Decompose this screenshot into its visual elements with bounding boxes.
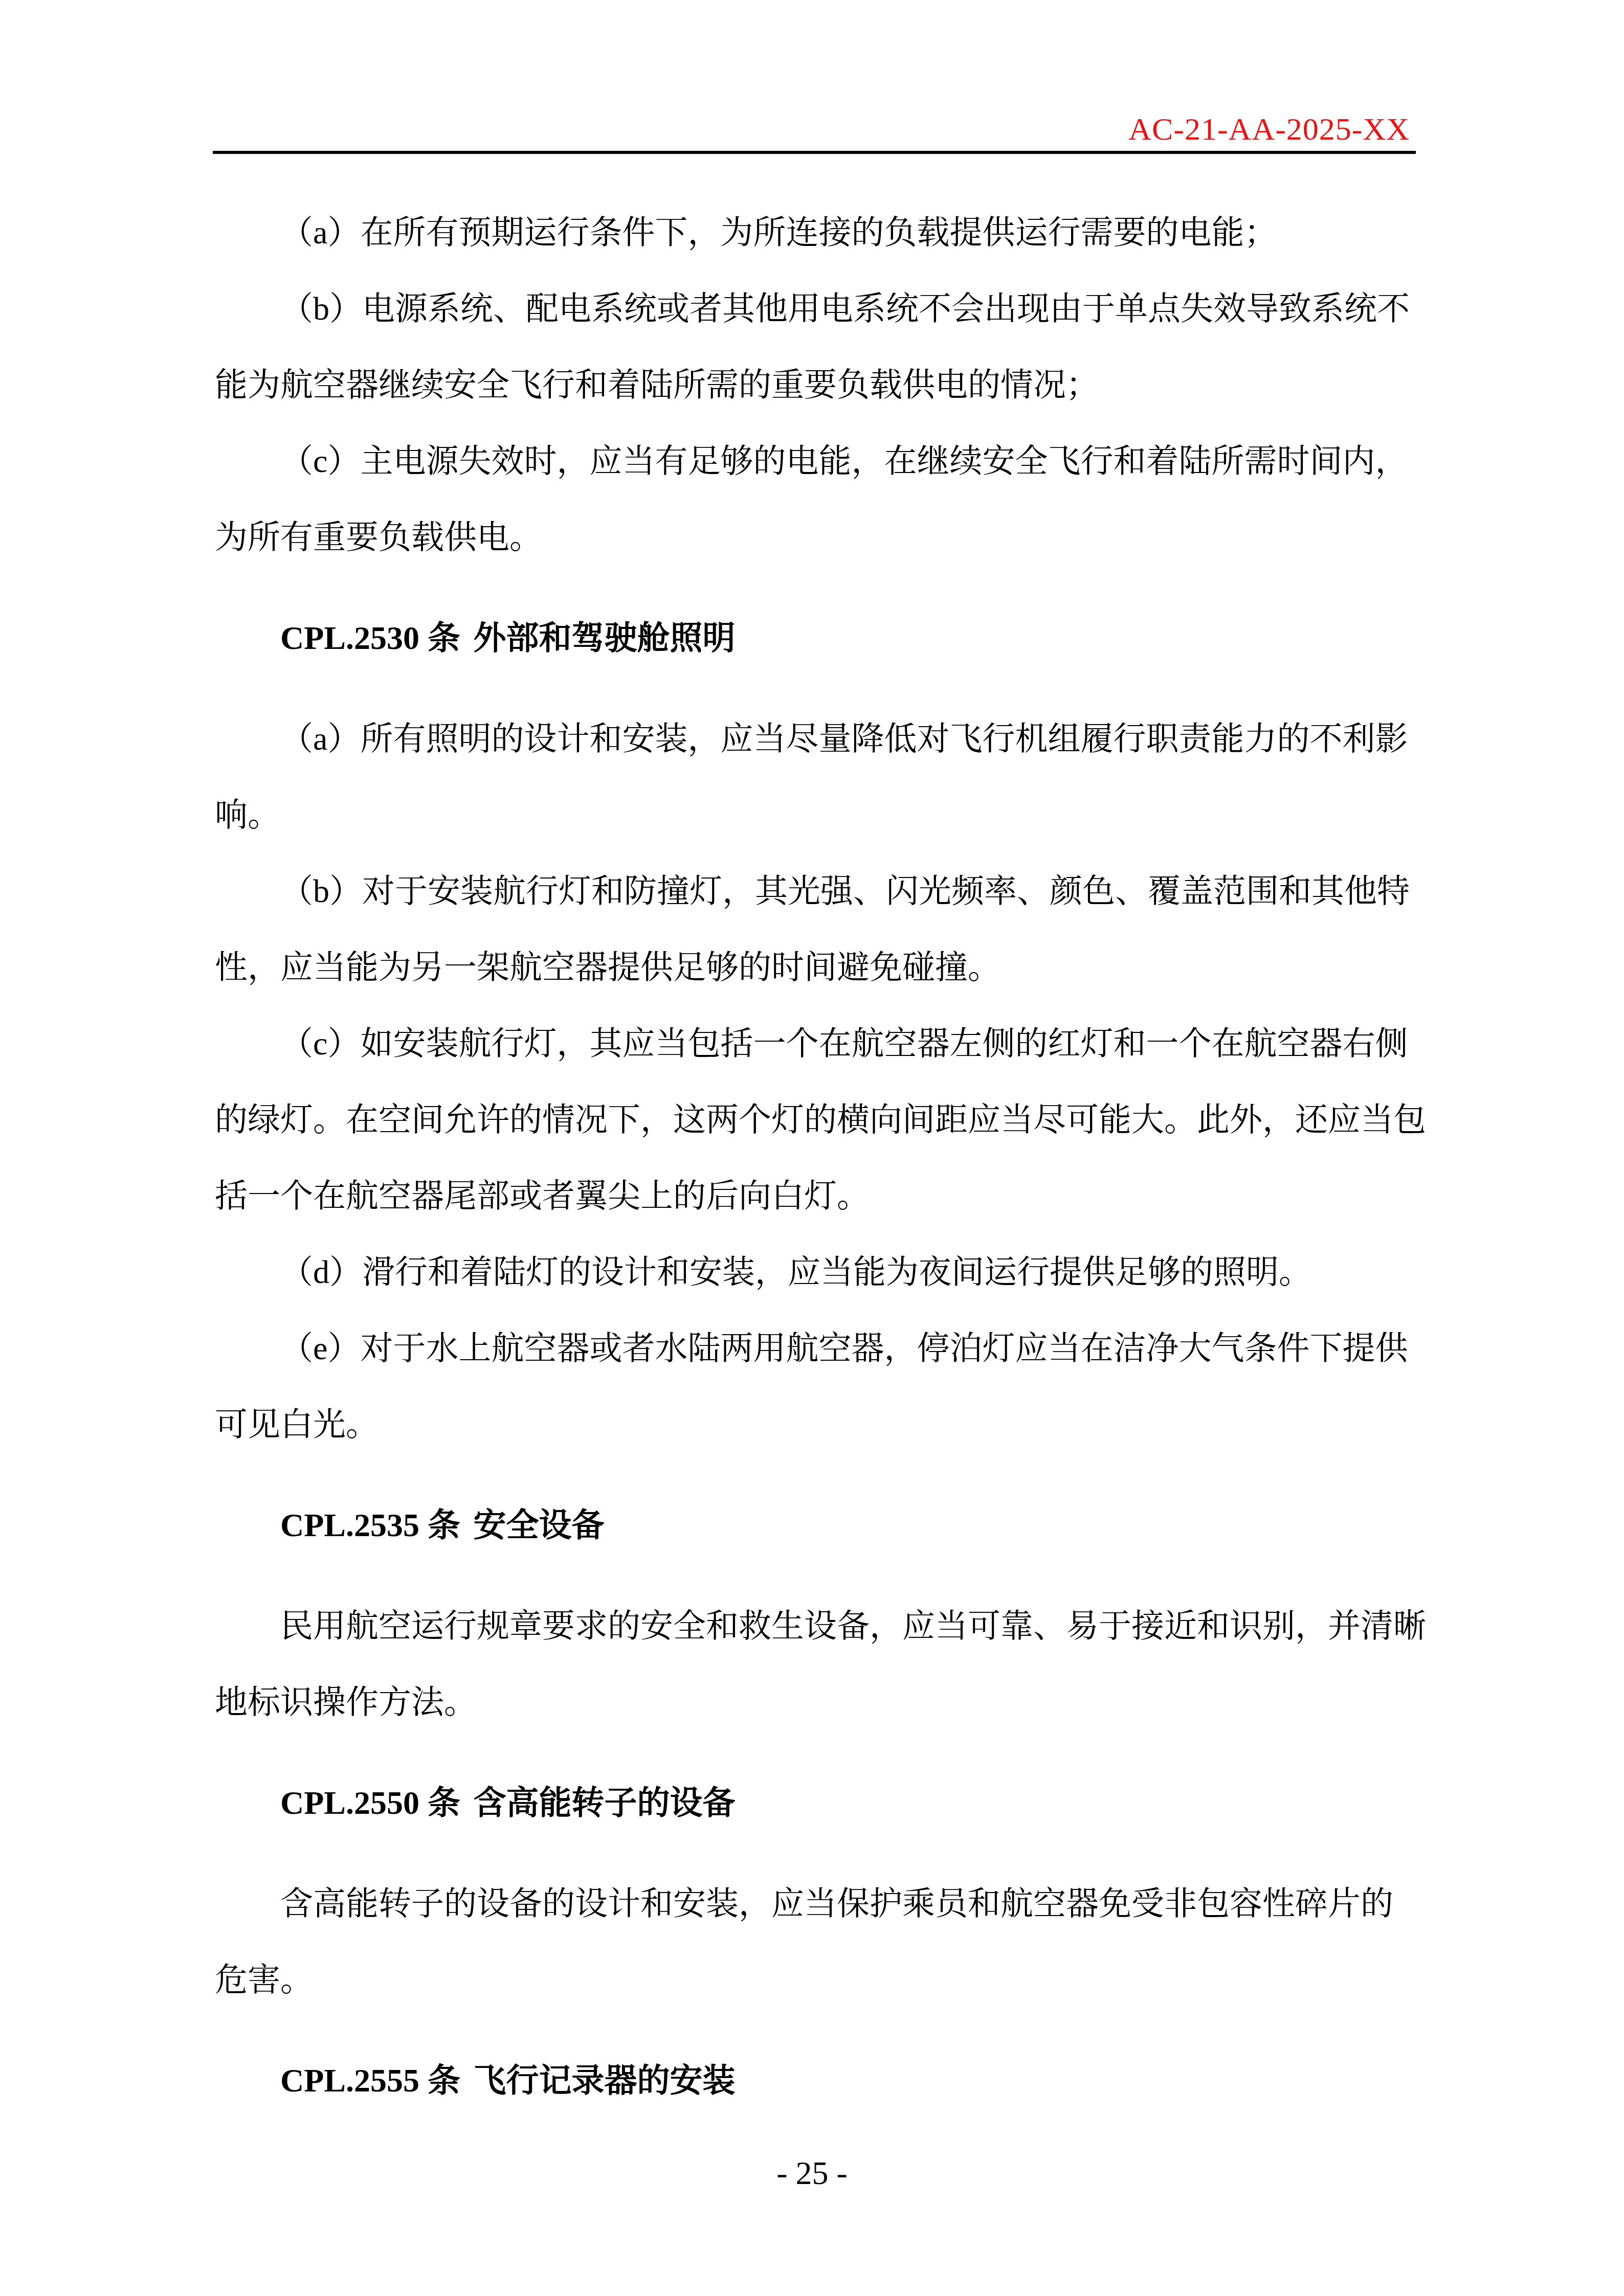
section-title: 外部和驾驶舱照明 [474, 620, 736, 656]
section-title: 安全设备 [474, 1507, 605, 1543]
body-line: （c）主电源失效时，应当有足够的电能，在继续安全飞行和着陆所需时间内， [215, 423, 1409, 499]
header-rule [213, 151, 1416, 154]
body-line: 能为航空器继续安全飞行和着陆所需的重要负载供电的情况； [215, 347, 1409, 423]
section-number: CPL.2550 条 [280, 1785, 460, 1821]
section-heading-cpl-2550: CPL.2550 条含高能转子的设备 [215, 1765, 1409, 1841]
body-line: 含高能转子的设备的设计和安装，应当保护乘员和航空器免受非包容性碎片的 [215, 1865, 1409, 1942]
section-number: CPL.2530 条 [280, 620, 460, 656]
page-number: - 25 - [0, 2135, 1624, 2211]
body-line: 的绿灯。在空间允许的情况下，这两个灯的横向间距应当尽可能大。此外，还应当包 [215, 1082, 1409, 1158]
section-heading-cpl-2535: CPL.2535 条安全设备 [215, 1487, 1409, 1563]
body-line: （b）对于安装航行灯和防撞灯，其光强、闪光频率、颜色、覆盖范围和其他特 [215, 853, 1409, 929]
body-line: 危害。 [215, 1942, 1409, 2018]
body-line: 可见白光。 [215, 1386, 1409, 1462]
body-line: 性，应当能为另一架航空器提供足够的时间避免碰撞。 [215, 929, 1409, 1005]
section-number: CPL.2535 条 [280, 1507, 460, 1543]
section-number: CPL.2555 条 [280, 2062, 460, 2099]
body-line: 响。 [215, 777, 1409, 853]
section-title: 含高能转子的设备 [474, 1785, 736, 1821]
body-line: （b）电源系统、配电系统或者其他用电系统不会出现由于单点失效导致系统不 [215, 271, 1409, 347]
body-line: 民用航空运行规章要求的安全和救生设备，应当可靠、易于接近和识别，并清晰 [215, 1588, 1409, 1664]
body-line: （c）如安装航行灯，其应当包括一个在航空器左侧的红灯和一个在航空器右侧 [215, 1005, 1409, 1082]
body-line: 括一个在航空器尾部或者翼尖上的后向白灯。 [215, 1158, 1409, 1234]
page-body: （a）在所有预期运行条件下，为所连接的负载提供运行需要的电能； （b）电源系统、… [215, 194, 1409, 2143]
document-page: AC-21-AA-2025-XX （a）在所有预期运行条件下，为所连接的负载提供… [0, 0, 1624, 2296]
body-line: （a）在所有预期运行条件下，为所连接的负载提供运行需要的电能； [215, 194, 1409, 271]
section-title: 飞行记录器的安装 [474, 2062, 736, 2099]
body-line: （d）滑行和着陆灯的设计和安装，应当能为夜间运行提供足够的照明。 [215, 1234, 1409, 1310]
body-line: （e）对于水上航空器或者水陆两用航空器，停泊灯应当在洁净大气条件下提供 [215, 1310, 1409, 1386]
body-line: 为所有重要负载供电。 [215, 499, 1409, 575]
body-line: （a）所有照明的设计和安装，应当尽量降低对飞行机组履行职责能力的不利影 [215, 701, 1409, 777]
section-heading-cpl-2555: CPL.2555 条飞行记录器的安装 [215, 2042, 1409, 2119]
doc-number: AC-21-AA-2025-XX [1128, 111, 1410, 147]
section-heading-cpl-2530: CPL.2530 条外部和驾驶舱照明 [215, 600, 1409, 676]
body-line: 地标识操作方法。 [215, 1664, 1409, 1740]
